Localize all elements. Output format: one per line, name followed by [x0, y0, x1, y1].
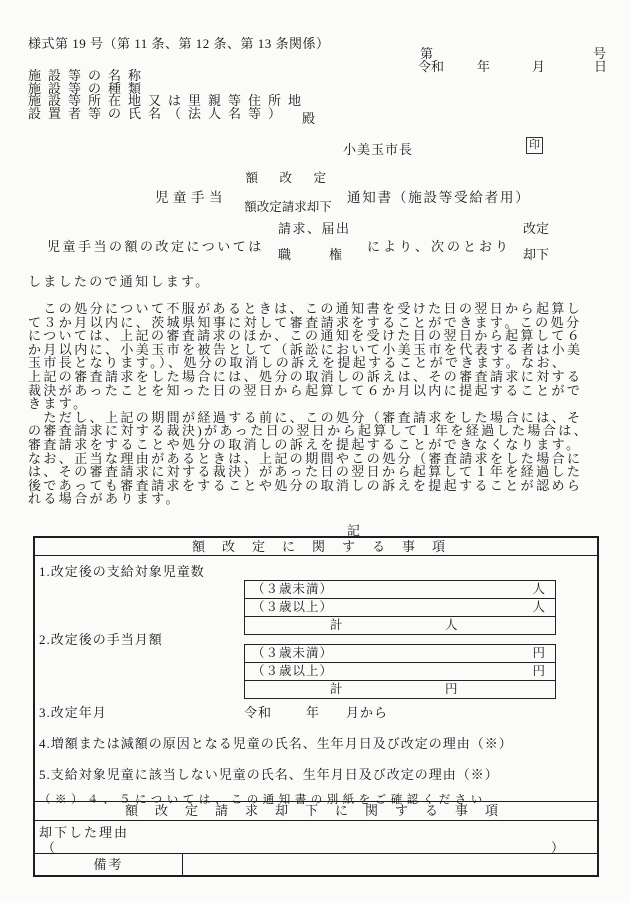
addressee-block: 施設等の名称 施設等の種類 施設等所在地又は里親等住所地 設置者等の氏名（法人名…	[28, 70, 308, 121]
remarks-value	[183, 854, 597, 875]
body-line: 上記の審査請求をした場合には、処分の取消しの訴えは、その審査請求に対する	[28, 370, 589, 384]
lead-result-revised: 改定	[523, 216, 549, 242]
table-row: 計 円	[245, 680, 555, 698]
count-total-label: 計	[330, 617, 343, 634]
revision-date-month-label: 月から	[346, 702, 388, 721]
title-prefix: 児童手当	[155, 186, 227, 206]
title-options: 額 改 定 額改定請求却下	[240, 164, 336, 222]
table-row: （３歳未満） 円	[245, 645, 555, 662]
count-over3-label: （３歳以上）	[252, 599, 333, 616]
lead-result-rejected: 却下	[523, 242, 549, 268]
body-line: きます。	[28, 397, 589, 411]
lead-sentence-start: 児童手当の額の改定については	[47, 236, 264, 255]
date-era-label: 令和	[418, 56, 444, 75]
section1-content: 1.改定後の支給対象児童数 （３歳未満） 人 （３歳以上） 人 計 人 2.改定…	[35, 556, 597, 801]
lead-option-request: 請求、届出	[278, 216, 351, 242]
issuer-mayor: 小美玉市長	[343, 139, 413, 158]
body-line: ただし、上記の期間が経過する前に、この処分（審査請求をした場合には、そ	[28, 411, 589, 425]
section1-header: 額改定に関する事項	[35, 538, 597, 556]
monthly-amount-table: （３歳未満） 円 （３歳以上） 円 計 円	[244, 644, 556, 699]
body-line: なお、正当な理由があるときは、上記の期間やこの処分（審査請求をした場合に	[28, 452, 589, 466]
rejection-paren-close: ）	[551, 837, 564, 856]
body-line: この処分について不服があるときは、この通知書を受けた日の翌日から起算し	[28, 302, 589, 316]
body-line: の審査請求に対する裁決)があった日の翌日から起算して１年を経過した場合は、	[28, 424, 589, 438]
rejection-paren-open: （	[42, 837, 55, 856]
form-number: 様式第 19 号（第 11 条、第 12 条、第 13 条関係）	[28, 33, 330, 52]
table-row: （３歳以上） 人	[245, 598, 555, 616]
remarks-label: 備考	[35, 854, 183, 875]
lead-sentence-middle: により、次のとおり	[367, 236, 511, 255]
amount-under3-label: （３歳未満）	[252, 645, 333, 662]
body-line: は、その審査請求に対する裁決）があった日の翌日から起算して１年を経過した	[28, 465, 589, 479]
body-line: れる場合があります。	[28, 492, 589, 506]
count-over3-unit: 人	[532, 599, 545, 616]
revision-details-table: 額改定に関する事項 1.改定後の支給対象児童数 （３歳未満） 人 （３歳以上） …	[33, 536, 599, 877]
title-suffix: 通知書（施設等受給者用）	[347, 186, 531, 206]
appeal-instructions: この処分について不服があるときは、この通知書を受けた日の翌日から起算し て３か月…	[28, 302, 589, 506]
table-row: （３歳以上） 円	[245, 662, 555, 680]
count-under3-unit: 人	[532, 581, 545, 598]
item5-label: 5.支給対象児童に該当しない児童の氏名、生年月日及び改定の理由（※）	[39, 764, 499, 783]
item2-label: 2.改定後の手当月額	[39, 629, 163, 648]
lead-sentence-end: しましたので通知します。	[28, 271, 211, 290]
date-month-label: 月	[532, 56, 545, 75]
installer-name-label: 設置者等の氏名（法人名等）	[28, 108, 308, 121]
body-line: 裁決があったことを知った日の翌日から起算して６か月以内に提起することがで	[28, 384, 589, 398]
revision-date-year-label: 年	[306, 702, 319, 721]
item1-label: 1.改定後の支給対象児童数	[39, 561, 205, 580]
revision-date-era: 令和	[244, 702, 272, 721]
item3-label: 3.改定年月	[39, 702, 107, 721]
body-line: か月以内に、小美玉市を被告として（訴訟において小美玉市を代表する者は小美	[28, 343, 589, 357]
date-day-label: 日	[594, 56, 607, 75]
lead-basis-options: 請求、届出 職 権	[278, 216, 351, 268]
body-line: て３か月以内に、茨城県知事に対して審査請求をすることができます。この処分	[28, 316, 589, 330]
amount-total-unit: 円	[445, 681, 458, 698]
amount-total-label: 計	[330, 681, 343, 698]
count-under3-label: （３歳未満）	[252, 581, 333, 598]
rejection-reason-row: 却下した理由 （ ）	[35, 821, 597, 853]
honorific-dono: 殿	[302, 108, 315, 127]
seal-mark: 印	[526, 137, 543, 154]
footnote: （※）４、５については、この通知書の別紙をご確認ください	[39, 791, 487, 807]
remarks-row: 備考	[35, 853, 597, 875]
table-row: 計 人	[245, 616, 555, 634]
amount-under3-unit: 円	[532, 645, 545, 662]
amount-over3-unit: 円	[532, 663, 545, 680]
amount-over3-label: （３歳以上）	[252, 663, 333, 680]
body-line: 玉市長となります。）、処分の取消しの訴えを提起することができます。なお、	[28, 356, 589, 370]
lead-option-authority: 職 権	[278, 242, 351, 268]
body-line: 後であっても審査請求をすることや処分の取消しの訴えを提起することが認めら	[28, 479, 589, 493]
item4-label: 4.増額または減額の原因となる児童の氏名、生年月日及び改定の理由（※）	[39, 733, 513, 752]
body-line: 審査請求をすることや処分の取消しの訴えを提起することができなくなります。	[28, 438, 589, 452]
date-year-label: 年	[477, 56, 490, 75]
table-row: （３歳未満） 人	[245, 581, 555, 598]
title-option-amount-revision: 額 改 定	[240, 164, 336, 193]
count-total-unit: 人	[445, 617, 458, 634]
child-count-table: （３歳未満） 人 （３歳以上） 人 計 人	[244, 580, 556, 635]
body-line: については、上記の審査請求のほか、この通知を受けた日の翌日から起算して６	[28, 329, 589, 343]
lead-result-options: 改定 却下	[523, 216, 549, 268]
